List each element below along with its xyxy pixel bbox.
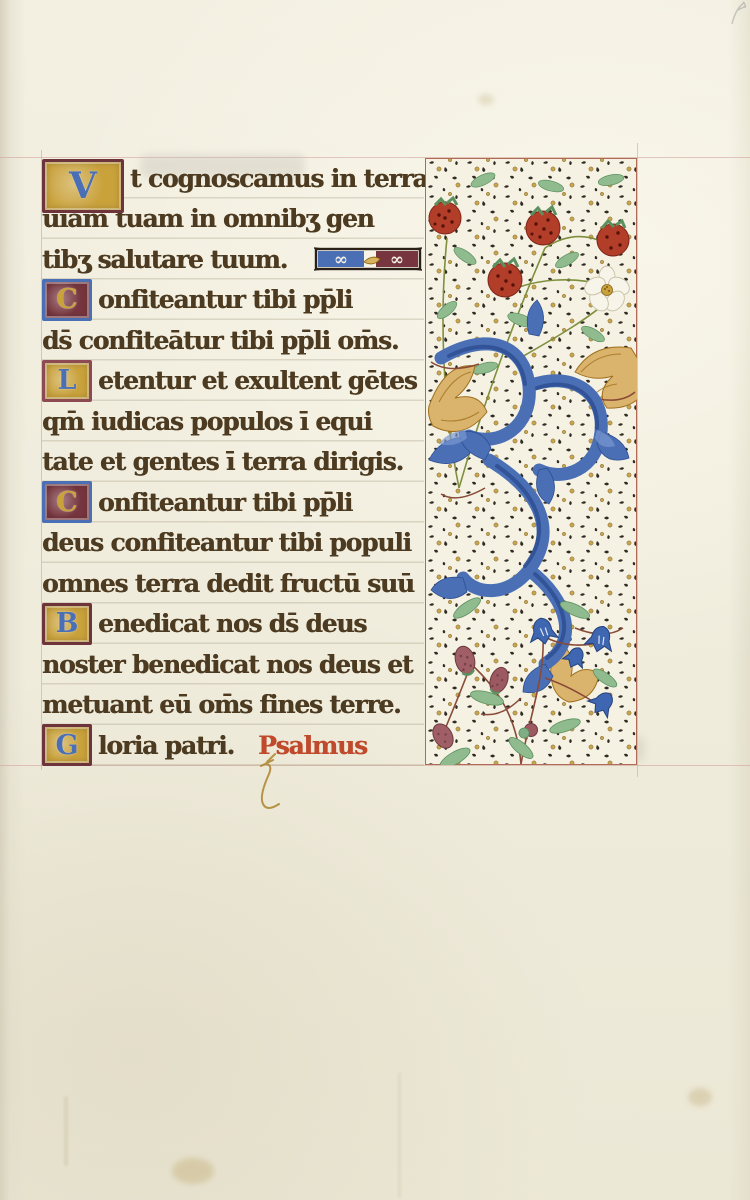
- text-block: V t cognoscamus in terra uiam tuam in om…: [42, 158, 424, 766]
- text-line: tibʒ salutare tuum. ∞ ∞: [42, 239, 424, 280]
- parchment-stain: [478, 94, 494, 105]
- svg-text:∞: ∞: [334, 250, 348, 270]
- illuminated-initial-V: V: [42, 159, 124, 213]
- illuminated-initial-G: G: [42, 724, 92, 766]
- line-text: t cognoscamus in terra: [130, 164, 427, 193]
- line-text: tibʒ salutare tuum.: [42, 245, 287, 274]
- line-text: onfiteantur tibi pp̄li: [98, 488, 352, 517]
- line-text: noster benedicat nos deus et: [42, 650, 412, 679]
- text-line: G loria patri. Psalmus: [42, 725, 424, 766]
- line-text: metuant eū om̄s fines terre.: [42, 690, 401, 719]
- parchment-stain: [688, 1088, 712, 1106]
- svg-text:∞: ∞: [390, 250, 404, 270]
- floral-border: [425, 158, 637, 765]
- text-line: V t cognoscamus in terra: [42, 158, 424, 199]
- text-line: C onfiteantur tibi pp̄li: [42, 280, 424, 321]
- line-text: qm̄ iudicas populos ī equi: [42, 407, 372, 436]
- line-text: onfiteantur tibi pp̄li: [98, 285, 352, 314]
- gold-flourish: [243, 752, 287, 814]
- corner-pen-mark: [726, 0, 750, 28]
- parchment-stain: [172, 1158, 214, 1184]
- text-line: noster benedicat nos deus et: [42, 644, 424, 685]
- illuminated-initial-B: B: [42, 603, 92, 645]
- text-line: C onfiteantur tibi pp̄li: [42, 482, 424, 523]
- illuminated-initial-C: C: [42, 481, 92, 523]
- line-text: etentur et exultent gētes: [98, 366, 417, 395]
- text-line: deus confiteantur tibi populi: [42, 523, 424, 564]
- line-filler-ornament: ∞ ∞: [314, 246, 422, 272]
- fold-line: [398, 1072, 401, 1198]
- fold-line: [64, 1096, 68, 1166]
- text-line: B enedicat nos ds̄ deus: [42, 604, 424, 645]
- text-line: tate et gentes ī terra dirigis.: [42, 442, 424, 483]
- text-line: metuant eū om̄s fines terre.: [42, 685, 424, 726]
- text-line: qm̄ iudicas populos ī equi: [42, 401, 424, 442]
- text-line: ds̄ confiteātur tibi pp̄li om̄s.: [42, 320, 424, 361]
- line-text: ds̄ confiteātur tibi pp̄li om̄s.: [42, 326, 398, 355]
- manuscript-page: V t cognoscamus in terra uiam tuam in om…: [0, 0, 750, 1200]
- line-text: omnes terra dedit fructū suū: [42, 569, 414, 598]
- line-text: deus confiteantur tibi populi: [42, 528, 411, 557]
- text-line: omnes terra dedit fructū suū: [42, 563, 424, 604]
- text-line: L etentur et exultent gētes: [42, 361, 424, 402]
- ruling-line-right: [637, 143, 638, 777]
- illuminated-initial-C: C: [42, 279, 92, 321]
- illuminated-initial-L: L: [42, 360, 92, 402]
- line-text: loria patri.: [98, 731, 234, 760]
- line-text: tate et gentes ī terra dirigis.: [42, 447, 403, 476]
- line-text: enedicat nos ds̄ deus: [98, 609, 366, 638]
